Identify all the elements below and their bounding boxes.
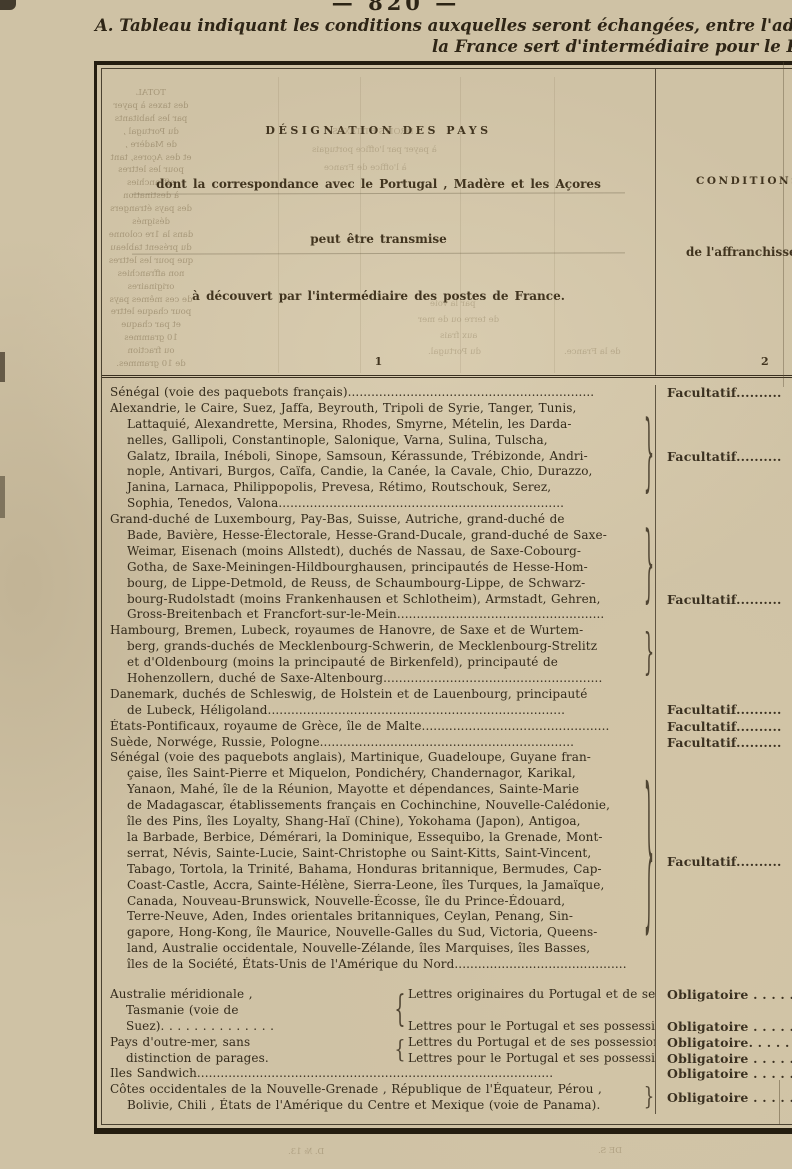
bleedthrough-line: pour les lettres (108, 164, 194, 177)
group-items: Lettres du Portugal et de ses possession… (408, 1035, 655, 1067)
group-label-line: Tasmanie (voie de (110, 1003, 392, 1019)
group-label-line: Australie méridionale , (110, 987, 392, 1003)
table-row: Suède, Norwége, Russie, Pologne.........… (102, 735, 792, 751)
group-item-line: Lettres pour le Portugal et ses possessi… (408, 1051, 655, 1067)
table-row: Sénégal (voie des paquebots français)...… (102, 385, 792, 401)
designation-line: Sénégal (voie des paquebots français)...… (110, 385, 642, 401)
table-row: Danemark, duchés de Schleswig, de Holste… (102, 687, 792, 719)
scan-edge-mark (0, 476, 5, 518)
designation-line: de Lubeck, Héligoland...................… (110, 703, 642, 719)
table-header: TOTALdes taxes à payerpar les habitantsd… (102, 69, 792, 378)
designation-line: île des Pins, îles Loyalty, Shang-Haï (C… (110, 814, 642, 830)
designation-line: serrat, Névis, Sainte-Lucie, Saint-Chris… (110, 846, 642, 862)
scan-edge-mark (0, 352, 5, 382)
table-row: Sénégal (voie des paquebots anglais), Ma… (102, 750, 792, 972)
bleedthrough-line: que pour les lettres (108, 255, 194, 268)
designation-line: Iles Sandwich...........................… (110, 1066, 642, 1082)
designation-line: Hambourg, Bremen, Lubeck, royaumes de Ha… (110, 623, 642, 639)
document-title-line2: la France sert d'intermédiaire pour le P… (432, 37, 792, 56)
bleedthrough-fragment: D. № 13. (288, 1147, 324, 1157)
designation-line: Danemark, duchés de Schleswig, de Holste… (110, 687, 642, 703)
designation-line: land, Australie occidentale, Nouvelle-Zé… (110, 941, 642, 957)
designation-line: Weimar, Eisenach (moins Allstedt), duché… (110, 544, 642, 560)
designation-line: Coast-Castle, Accra, Sainte-Hélène, Sier… (110, 878, 642, 894)
table-inner-frame: TOTALdes taxes à payerpar les habitantsd… (101, 68, 792, 1125)
condition-value: Facultatif.......... (667, 449, 792, 465)
designation-cell: États-Pontificaux, royaume de Grèce, île… (102, 719, 642, 735)
designation-line: Bade, Bavière, Hesse-Électorale, Hesse-G… (110, 528, 642, 544)
condition-value: Obligatoire . . . . . . (667, 1019, 792, 1035)
bleedthrough-line: et par chaque (108, 319, 194, 332)
condition-value: Obligatoire . . . . . . (667, 1051, 792, 1067)
designation-line: de Madagascar, établissements français e… (110, 798, 642, 814)
designation-line: Terre-Neuve, Aden, Indes orientales brit… (110, 909, 642, 925)
brace-glyph: } (643, 526, 654, 610)
brace-glyph: } (643, 777, 654, 946)
designation-line: Suède, Norwége, Russie, Pologne.........… (110, 735, 642, 751)
brace-slot: } (642, 401, 655, 512)
group-label: Australie méridionale ,Tasmanie (voie de… (110, 987, 392, 1035)
bleedthrough-line: désignés (108, 216, 194, 229)
condition-cell: Facultatif.......... (655, 719, 792, 735)
designation-cell: Iles Sandwich...........................… (102, 1066, 642, 1082)
group-main-cell: Pays d'outre-mer, sansdistinction de par… (102, 1035, 655, 1067)
condition-cell: Facultatif.......... (655, 735, 792, 751)
header-column-number-2: 2 (761, 355, 769, 368)
bleedthrough-line: non affranchies (108, 268, 194, 281)
page-number: — 820 — (0, 0, 792, 15)
group-label-line: distinction de parages. (110, 1051, 392, 1067)
condition-value: Obligatoire . . . . . . (667, 1090, 792, 1106)
condition-cell: Facultatif.......... (655, 401, 792, 512)
group-label-line: Pays d'outre-mer, sans (110, 1035, 392, 1051)
condition-cell: Facultatif.......... (655, 687, 792, 719)
designation-line: la Barbade, Berbice, Démérari, la Domini… (110, 830, 642, 846)
designation-line: Sophia, Tenedos, Valona.................… (110, 496, 642, 512)
brace-slot: } (642, 623, 655, 687)
designation-line: îles de la Société, États-Unis de l'Amér… (110, 957, 642, 973)
brace-slot: { (392, 987, 408, 1035)
designation-line: Janina, Larnaca, Philippopolis, Prevesa,… (110, 480, 642, 496)
bleedthrough-line: à destination (108, 190, 194, 203)
scan-corner-smudge (0, 0, 16, 10)
designation-line: et d'Oldenbourg (moins la principauté de… (110, 655, 642, 671)
header-conditions-title: CONDITIONS (696, 175, 792, 187)
brace-glyph: { (394, 1038, 405, 1062)
bleedthrough-line: des taxes à payer (108, 100, 194, 113)
header-designation-line2: dont la correspondance avec le Portugal … (102, 177, 655, 191)
bleedthrough-line: 10 grammes (108, 332, 194, 345)
condition-value: Facultatif.......... (667, 592, 792, 608)
condition-cell: Facultatif.......... (655, 385, 792, 401)
designation-cell: Alexandrie, le Caire, Suez, Jaffa, Beyro… (102, 401, 642, 512)
table-row: Hambourg, Bremen, Lubeck, royaumes de Ha… (102, 623, 792, 687)
condition-value: Facultatif.......... (667, 735, 792, 751)
condition-cell (655, 973, 792, 987)
header-rule (132, 252, 625, 254)
group-label-line: Suez). . . . . . . . . . . . . . (110, 1019, 392, 1035)
designation-line: Gotha, de Saxe-Meiningen-Hildbourghausen… (110, 560, 642, 576)
designation-cell: Suède, Norwége, Russie, Pologne.........… (102, 735, 642, 751)
brace-slot: } (642, 750, 655, 972)
brace-slot (642, 719, 655, 735)
designation-line: Lattaquié, Alexandrette, Mersina, Rhodes… (110, 417, 642, 433)
table-body: Sénégal (voie des paquebots français)...… (102, 378, 792, 1114)
header-conditions-line2: de l'affranchissem (686, 245, 792, 259)
table-row: Alexandrie, le Caire, Suez, Jaffa, Beyro… (102, 401, 792, 512)
header-col-designation: TOTALdes taxes à payerpar les habitantsd… (102, 69, 655, 375)
header-designation-title: DÉSIGNATION DES PAYS (102, 124, 655, 137)
postal-table: TOTALdes taxes à payerpar les habitantsd… (94, 61, 792, 1134)
condition-value: Obligatoire . . . . . . (667, 1066, 792, 1082)
designation-line: gapore, Hong-Kong, île Maurice, Nouvelle… (110, 925, 642, 941)
condition-value: Facultatif.......... (667, 385, 792, 401)
brace-slot: { (392, 1035, 408, 1067)
designation-line: nelles, Gallipoli, Constantinople, Salon… (110, 433, 642, 449)
header-col-conditions: CONDITIONS de l'affranchissem 2 (655, 69, 792, 375)
bleedthrough-line: pour chaque lettre (108, 306, 194, 319)
brace-slot: } (642, 1082, 655, 1114)
designation-cell: Hambourg, Bremen, Lubeck, royaumes de Ha… (102, 623, 642, 687)
brace-glyph: } (643, 1086, 654, 1110)
header-column-number-1: 1 (102, 355, 655, 368)
table-row: Iles Sandwich...........................… (102, 1066, 792, 1082)
bleedthrough-line: TOTAL (108, 87, 194, 100)
brace-slot (642, 1066, 655, 1082)
group-items: Lettres originaires du Portugal et de se… (408, 987, 655, 1035)
table-group-row: Pays d'outre-mer, sansdistinction de par… (102, 1035, 792, 1067)
brace-glyph: { (394, 993, 405, 1029)
table-row: Côtes occidentales de la Nouvelle-Grenad… (102, 1082, 792, 1114)
brace-slot: } (642, 512, 655, 623)
document-title-line1: A. Tableau indiquant les conditions auxq… (95, 16, 792, 35)
bleedthrough-line: de Madère , (108, 139, 194, 152)
group-item-line: Lettres originaires du Portugal et de se… (408, 987, 655, 1003)
condition-value: Facultatif.......... (667, 702, 792, 718)
designation-line: çaise, îles Saint-Pierre et Miquelon, Po… (110, 766, 642, 782)
condition-cell: Facultatif.......... (655, 512, 792, 623)
designation-line: bourg, de Lippe-Detmold, de Reuss, de Sc… (110, 576, 642, 592)
bleedthrough-line: et des Açores, tant (108, 152, 194, 165)
condition-cell: Obligatoire . . . . . . (655, 1082, 792, 1114)
header-designation-line4: à découvert par l'intermédiaire des post… (102, 289, 655, 303)
table-row: États-Pontificaux, royaume de Grèce, île… (102, 719, 792, 735)
group-item-line: Lettres du Portugal et de ses possession… (408, 1035, 655, 1051)
designation-line: Hohenzollern, duché de Saxe-Altenbourg..… (110, 671, 642, 687)
bleedthrough-fragment: DE S. (598, 1146, 622, 1156)
designation-line: Bolivie, Chili , États de l'Amérique du … (110, 1098, 642, 1114)
brace-glyph: } (643, 414, 654, 498)
designation-cell: Grand-duché de Luxembourg, Pay-Bas, Suis… (102, 512, 642, 623)
designation-line: Sénégal (voie des paquebots anglais), Ma… (110, 750, 642, 766)
designation-cell: Danemark, duchés de Schleswig, de Holste… (102, 687, 642, 719)
condition-value: Obligatoire . . . . . . (667, 987, 792, 1003)
header-designation-line3: peut être transmise (102, 232, 655, 246)
designation-line: Grand-duché de Luxembourg, Pay-Bas, Suis… (110, 512, 642, 528)
designation-cell: Côtes occidentales de la Nouvelle-Grenad… (102, 1082, 642, 1114)
designation-line: Galatz, Ibraila, Inéboli, Sinope, Samsou… (110, 449, 642, 465)
group-item-line: Lettres pour le Portugal et ses possessi… (408, 1019, 655, 1035)
table-row: Grand-duché de Luxembourg, Pay-Bas, Suis… (102, 512, 792, 623)
brace-slot (642, 385, 655, 401)
designation-line: Alexandrie, le Caire, Suez, Jaffa, Beyro… (110, 401, 642, 417)
condition-cell: Obligatoire. . . . . . .Obligatoire . . … (655, 1035, 792, 1067)
condition-cell: Obligatoire . . . . . . (655, 1066, 792, 1082)
group-label: Pays d'outre-mer, sansdistinction de par… (110, 1035, 392, 1067)
designation-line: Canada, Nouveau-Brunswick, Nouvelle-Écos… (110, 894, 642, 910)
section-spacer (102, 973, 792, 987)
designation-line: Tabago, Tortola, la Trinité, Bahama, Hon… (110, 862, 642, 878)
brace-slot (642, 687, 655, 719)
designation-line: nople, Antivari, Burgos, Caïfa, Candie, … (110, 464, 642, 480)
designation-line: États-Pontificaux, royaume de Grèce, île… (110, 719, 642, 735)
designation-line: Gross-Breitenbach et Francfort-sur-le-Me… (110, 607, 642, 623)
designation-line: berg, grands-duchés de Mecklenbourg-Schw… (110, 639, 642, 655)
header-rule (132, 192, 625, 194)
condition-cell: Obligatoire . . . . . .Obligatoire . . .… (655, 987, 792, 1035)
designation-line: Yanaon, Mahé, île de la Réunion, Mayotte… (110, 782, 642, 798)
brace-slot (642, 735, 655, 751)
brace-glyph: } (643, 631, 654, 679)
condition-cell (655, 623, 792, 687)
condition-value: Facultatif.......... (667, 854, 792, 870)
designation-line: bourg-Rudolstadt (moins Frankenhausen et… (110, 592, 642, 608)
scanned-document-page: { "page": { "number": "— 820 —", "title_… (0, 0, 792, 1169)
designation-cell: Sénégal (voie des paquebots anglais), Ma… (102, 750, 642, 972)
group-main-cell: Australie méridionale ,Tasmanie (voie de… (102, 987, 655, 1035)
designation-line: Côtes occidentales de la Nouvelle-Grenad… (110, 1082, 642, 1098)
condition-value: Obligatoire. . . . . . . (667, 1035, 792, 1051)
bleedthrough-line: des pays étrangers (108, 203, 194, 216)
condition-cell: Facultatif.......... (655, 750, 792, 972)
designation-cell: Sénégal (voie des paquebots français)...… (102, 385, 642, 401)
condition-value: Facultatif.......... (667, 719, 792, 735)
table-group-row: Australie méridionale ,Tasmanie (voie de… (102, 987, 792, 1035)
